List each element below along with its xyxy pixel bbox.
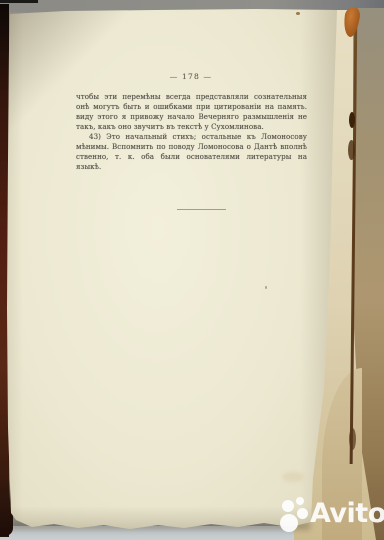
page-content: — 178 — чтобы эти перемѣны всегда предст… xyxy=(6,8,344,532)
text-line: чтобы эти перемѣны всегда представляли с… xyxy=(76,92,307,102)
text-line: языкѣ. xyxy=(76,162,307,172)
footnote-43-line: 43) Это начальный стихъ; остальные къ Ло… xyxy=(76,132,307,142)
avito-logo-circle-icon xyxy=(296,497,304,505)
fore-edge-stain xyxy=(348,140,355,160)
page-number: — 178 — xyxy=(76,72,306,82)
text-line: ственно, т. к. оба были основателями лит… xyxy=(76,152,307,162)
avito-logo-circle-icon xyxy=(282,500,294,512)
avito-logo-circle-icon xyxy=(280,514,298,532)
footnote-text-block: чтобы эти перемѣны всегда представляли с… xyxy=(76,92,307,182)
avito-watermark: Avito xyxy=(272,490,384,536)
text-line: такъ, какъ оно звучитъ въ текстѣ у Сухом… xyxy=(76,122,307,132)
background-edge-line xyxy=(0,0,38,3)
fore-edge-stain xyxy=(349,428,356,450)
divider-rule xyxy=(177,209,226,210)
text-line: виду этого я привожу начало Вечерняго ра… xyxy=(76,112,307,122)
avito-logo-circle-icon xyxy=(297,508,308,519)
fore-edge-stain xyxy=(349,112,355,128)
book-photo: — 178 — чтобы эти перемѣны всегда предст… xyxy=(0,0,384,540)
text-line: мѣнимы. Вспомнить по поводу Ломоносова о… xyxy=(76,142,307,152)
text-line: онѣ могутъ быть и ошибками при цитирован… xyxy=(76,102,307,112)
avito-watermark-text: Avito xyxy=(310,495,384,533)
